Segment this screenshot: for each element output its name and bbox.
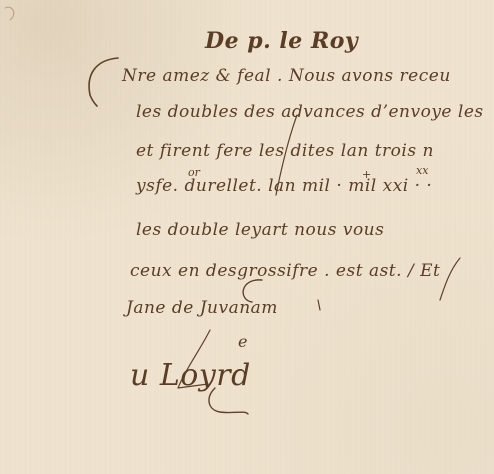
superscript-or: or: [188, 166, 200, 179]
superscript-xx: xx: [416, 164, 428, 177]
text-line-4: ysfe. durellet. lan mil · mil xxi · ·: [136, 176, 432, 196]
manuscript-page: De p. le Roy Nre amez & feal . Nous avon…: [0, 0, 494, 474]
text-line-7: Jane de Juvanam: [126, 298, 278, 318]
signature: u Loyrd: [130, 358, 251, 393]
superscript-plus: +: [362, 168, 371, 181]
text-line-3: et firent fere les dites lan trois n: [136, 141, 434, 161]
text-line-6: ceux en desgrossifre . est ast. / Et: [130, 261, 440, 281]
text-line-5: les double leyart nous vous: [136, 220, 384, 240]
letter-heading: De p. le Roy: [205, 28, 358, 54]
text-line-2: les doubles des advances d’envoye les: [136, 102, 484, 122]
text-line-1: Nre amez & feal . Nous avons receu: [122, 66, 451, 86]
signature-superscript: e: [238, 332, 247, 351]
